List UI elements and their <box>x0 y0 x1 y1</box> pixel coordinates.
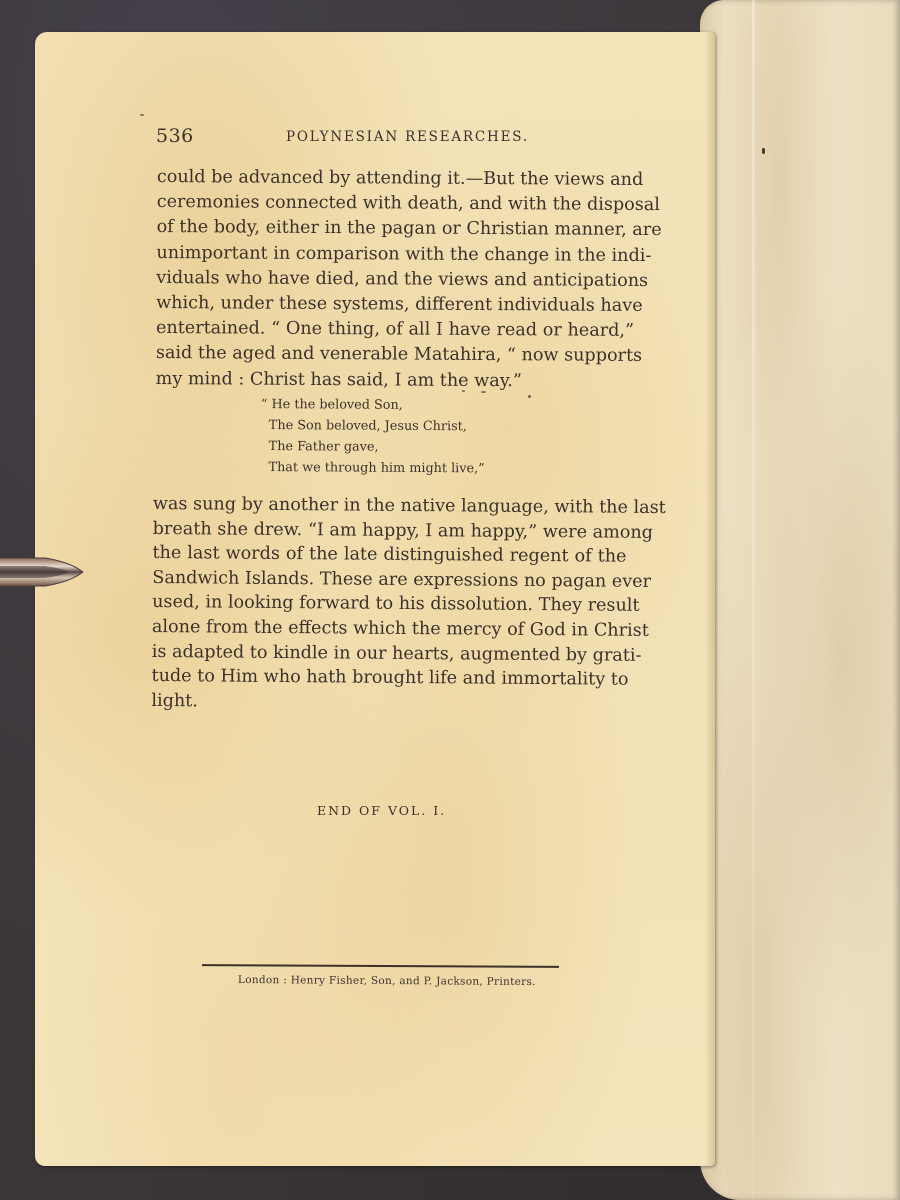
text-line: could be advanced by attending it.—But t… <box>157 165 635 193</box>
printer-imprint: London : Henry Fisher, Son, and P. Jacks… <box>238 974 536 988</box>
body-paragraph-1: could be advanced by attending it.—But t… <box>156 165 635 395</box>
text-line: was sung by another in the native langua… <box>153 492 627 520</box>
book-page: 536 POLYNESIAN RESEARCHES. could be adva… <box>35 32 715 1166</box>
end-of-volume-mark: END OF VOL. I. <box>317 803 446 818</box>
text-line: entertained. “ One thing, of all I have … <box>156 316 634 344</box>
text-line: viduals who have died, and the views and… <box>156 266 634 294</box>
verse-line: The Father gave, <box>261 436 531 459</box>
body-paragraph-2: was sung by another in the native langua… <box>151 492 627 717</box>
page-edge-highlight <box>752 0 755 1200</box>
text-line: alone from the effects which the mercy o… <box>152 615 626 643</box>
text-line: used, in looking forward to his dissolut… <box>152 590 626 618</box>
page-number: 536 <box>156 125 194 147</box>
text-line: which, under these systems, different in… <box>156 291 634 319</box>
text-line: my mind : Christ has said, I am the way.… <box>156 367 634 395</box>
metal-page-pointer <box>0 552 85 592</box>
ink-speck <box>140 114 144 116</box>
verse-line: “ He the beloved Son, <box>261 394 531 417</box>
text-line: said the aged and venerable Matahira, “ … <box>156 341 634 369</box>
text-line: unimportant in comparison with the chang… <box>156 241 634 269</box>
ink-speck <box>462 390 465 392</box>
running-head: 536 POLYNESIAN RESEARCHES. <box>156 125 636 149</box>
text-line: tude to Him who hath brought life and im… <box>151 664 625 692</box>
text-line: is adapted to kindle in our hearts, augm… <box>152 640 626 668</box>
text-line: ceremonies connected with death, and wit… <box>157 190 635 218</box>
imprint-rule <box>202 964 559 968</box>
ink-speck <box>481 391 486 393</box>
text-line: breath she drew. “I am happy, I am happy… <box>153 517 627 545</box>
ink-speck <box>528 395 531 398</box>
running-title: POLYNESIAN RESEARCHES. <box>286 129 529 145</box>
text-line: the last words of the late distinguished… <box>152 541 626 569</box>
text-line: light. <box>151 689 625 717</box>
text-line: Sandwich Islands. These are expressions … <box>152 566 626 594</box>
following-pages-stack <box>700 0 900 1200</box>
text-line: of the body, either in the pagan or Chri… <box>157 215 635 243</box>
foxing-speck <box>762 148 765 154</box>
verse-quotation: “ He the beloved Son, The Son beloved, J… <box>260 394 531 480</box>
verse-line: The Son beloved, Jesus Christ, <box>261 415 531 438</box>
verse-line: That we through him might live,” <box>260 457 530 480</box>
